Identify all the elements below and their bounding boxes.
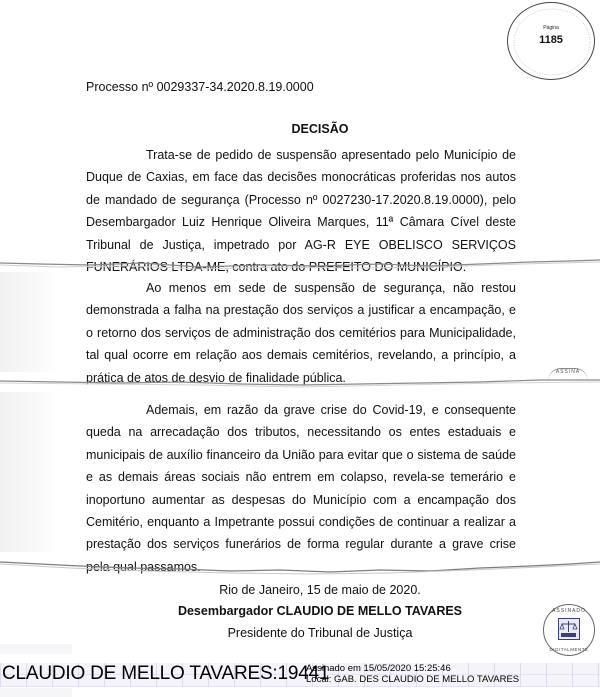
signer-role: Presidente do Tribunal de Justiça xyxy=(0,626,600,640)
page-tear-divider xyxy=(0,377,600,393)
stamp-page-number: 1185 xyxy=(508,34,594,46)
signature-location: Local: GAB. DES CLAUDIO DE MELLO TAVARES xyxy=(306,675,519,686)
signature-signer-id: CLAUDIO DE MELLO TAVARES:19441 xyxy=(2,663,329,685)
process-number: Processo nº 0029337-34.2020.8.19.0000 xyxy=(86,80,314,94)
page-tear-divider xyxy=(0,560,600,576)
signer-line: Desembargador CLAUDIO DE MELLO TAVARES xyxy=(0,604,600,618)
stamp-label: Página xyxy=(508,25,594,31)
scales-of-justice-icon xyxy=(558,618,580,640)
document-title: DECISÃO xyxy=(0,122,600,136)
page-certification-stamp: Página 1185 xyxy=(507,2,595,80)
signature-metadata: Assinado em 15/05/2020 15:25:46 Local: G… xyxy=(306,664,519,685)
seal-top-text: ASSINADO xyxy=(544,608,594,614)
digital-signature-seal: ASSINADO DIGITALMENTE xyxy=(543,604,595,656)
partial-seal-mark: ASSINA xyxy=(548,368,588,381)
page-shadow xyxy=(0,392,60,552)
signer-name: CLAUDIO DE MELLO TAVARES xyxy=(277,604,462,618)
signer-prefix: Desembargador xyxy=(178,604,277,618)
page-shadow xyxy=(0,272,60,372)
paragraph-2: Ao menos em sede de suspensão de seguran… xyxy=(86,277,516,389)
paragraph-1-text: Trata-se de pedido de suspensão apresent… xyxy=(86,148,516,274)
faint-background-box xyxy=(0,644,72,654)
paragraph-3-text: Ademais, em razão da grave crise do Covi… xyxy=(86,403,516,574)
page-tear-divider xyxy=(0,258,600,274)
paragraph-2-text: Ao menos em sede de suspensão de seguran… xyxy=(86,281,516,385)
seal-bottom-text: DIGITALMENTE xyxy=(544,647,594,652)
place-and-date: Rio de Janeiro, 15 de maio de 2020. xyxy=(0,583,600,597)
faint-background-box xyxy=(0,688,72,697)
paragraph-3: Ademais, em razão da grave crise do Covi… xyxy=(86,399,516,578)
signature-timestamp: Assinado em 15/05/2020 15:25:46 xyxy=(306,664,519,675)
